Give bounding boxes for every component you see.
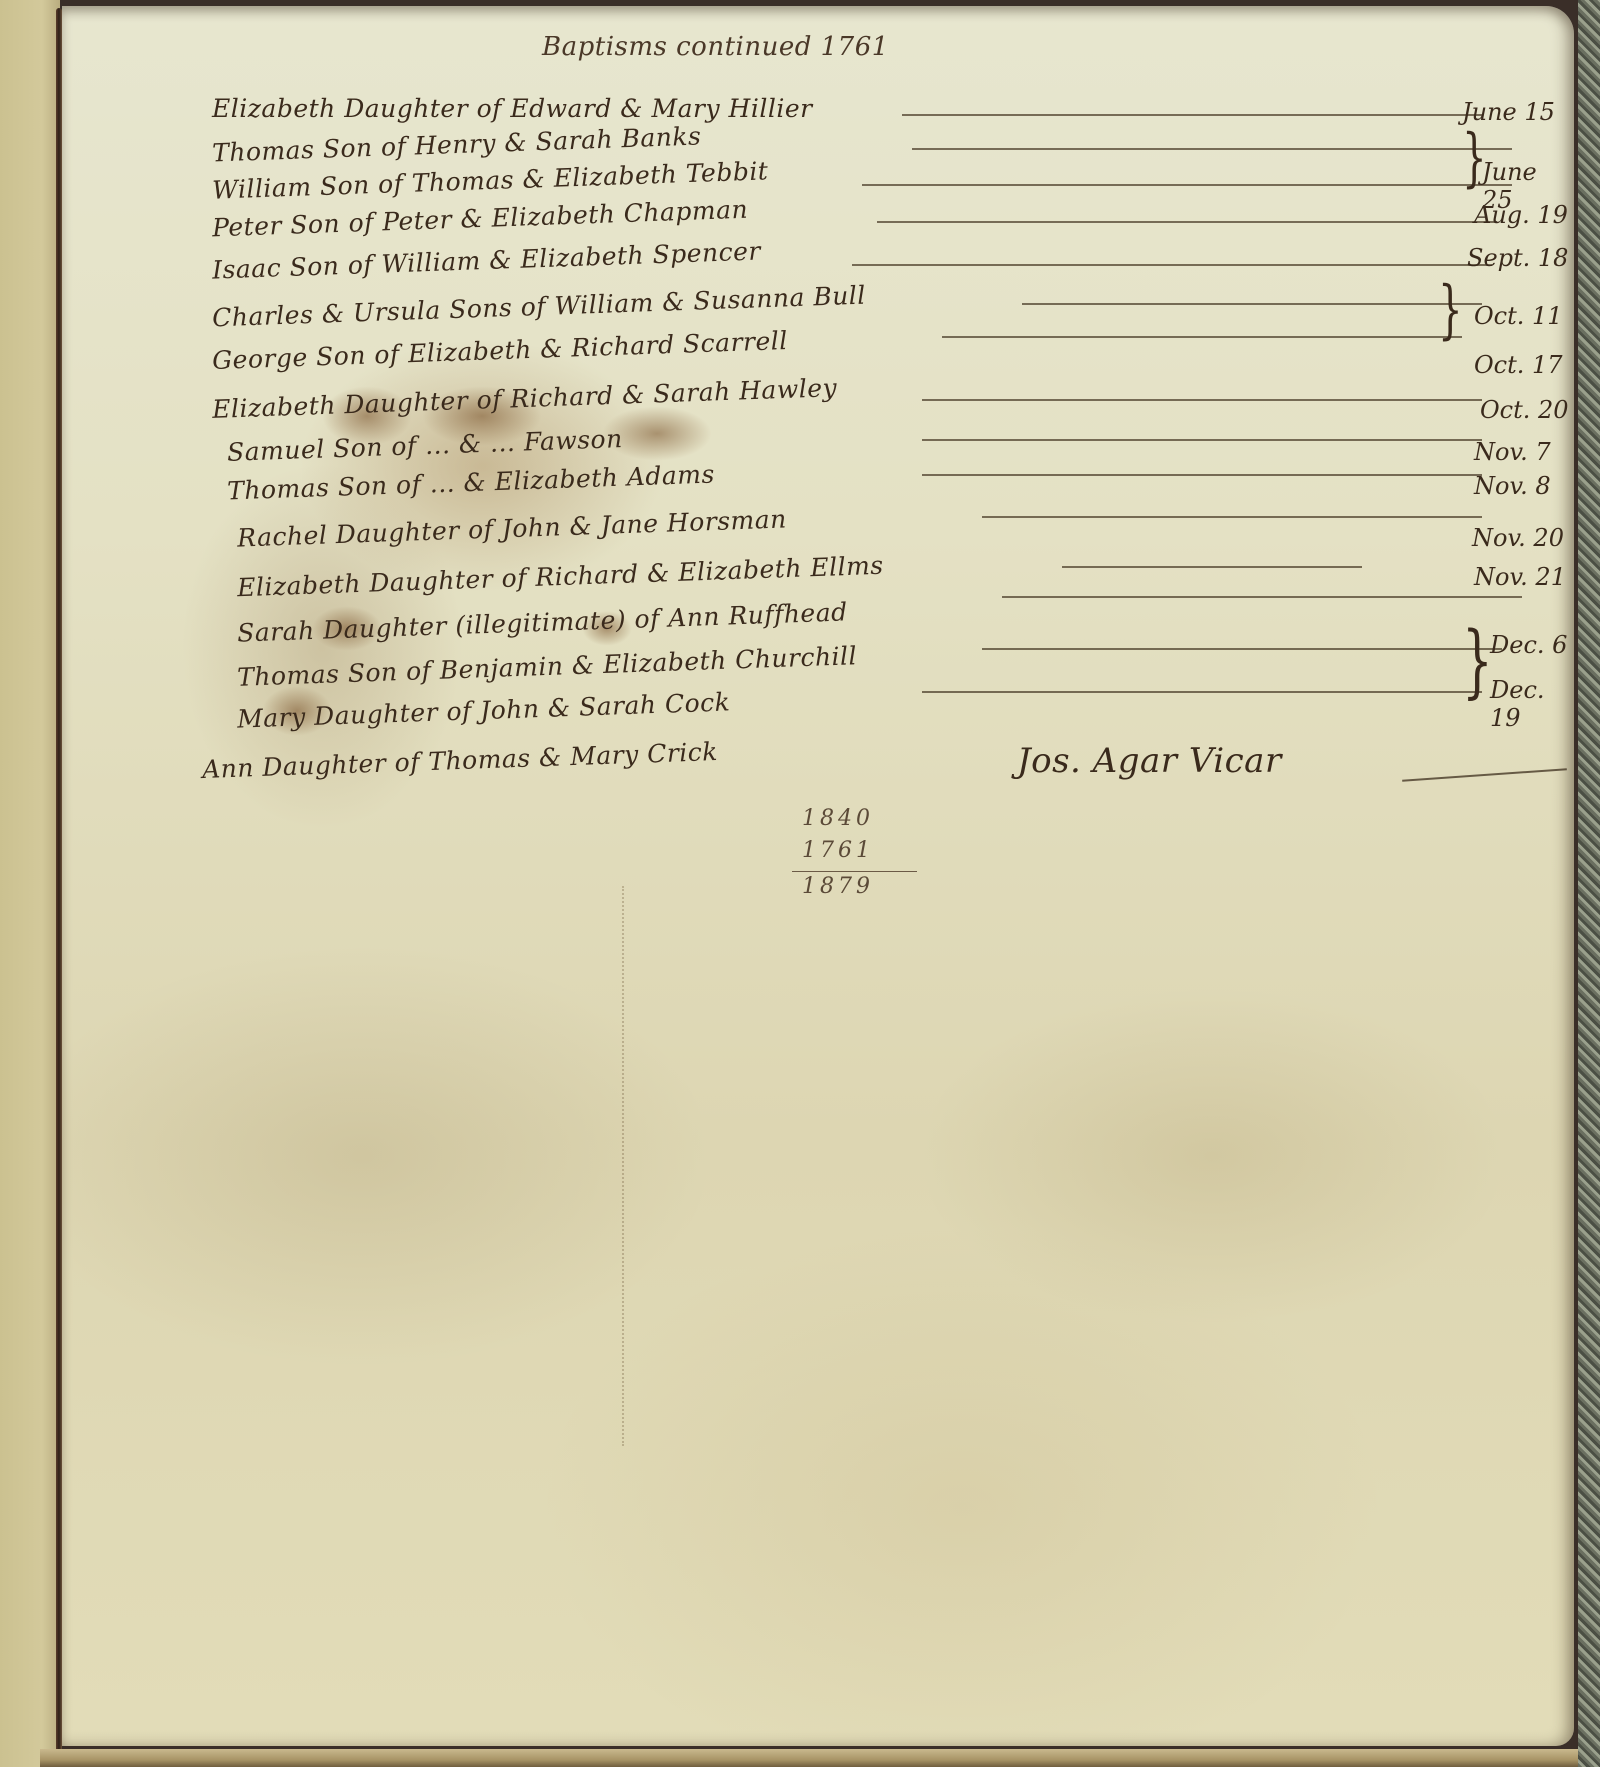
leader-line (1062, 566, 1362, 568)
leader-line (902, 114, 1482, 116)
calc-result: 1879 (802, 874, 874, 899)
register-entry: Rachel Daughter of John & Jane Horsman (237, 504, 788, 552)
cloth-binding (1578, 0, 1600, 1767)
vicar-signature: Jos. Agar Vicar (1017, 741, 1282, 781)
calc-rule (792, 871, 917, 872)
baptism-date: Oct. 11 (1474, 302, 1563, 330)
page-fold (622, 886, 624, 1446)
leader-line (912, 148, 1512, 150)
leader-line (922, 691, 1482, 693)
register-entry: Isaac Son of William & Elizabeth Spencer (212, 236, 762, 284)
baptism-date: Nov. 21 (1474, 563, 1566, 591)
baptism-date: Dec. 6 (1490, 631, 1567, 659)
baptism-date: Nov. 8 (1474, 472, 1551, 500)
leader-line (942, 336, 1462, 338)
leader-line (862, 184, 1512, 186)
baptism-date: Dec. 19 (1490, 676, 1574, 732)
register-entry: George Son of Elizabeth & Richard Scarre… (212, 326, 789, 375)
leader-line (1002, 596, 1522, 598)
calc-line-1: 1840 (802, 806, 874, 831)
register-entry: Thomas Son of ... & Elizabeth Adams (227, 459, 716, 505)
register-entry: Thomas Son of Benjamin & Elizabeth Churc… (237, 641, 858, 692)
register-entry: Elizabeth Daughter of Richard & Elizabet… (237, 551, 884, 603)
baptism-date: Oct. 20 (1480, 396, 1569, 424)
bracket-brace: } (1438, 278, 1462, 342)
register-entry: Sarah Daughter (illegitimate) of Ann Ruf… (237, 597, 848, 647)
bracket-brace: } (1462, 621, 1493, 701)
register-page: Baptisms continued 1761 Elizabeth Daught… (62, 6, 1574, 1746)
leader-line (982, 516, 1482, 518)
baptism-date: Nov. 20 (1472, 524, 1564, 552)
page-heading: Baptisms continued 1761 (542, 32, 889, 62)
register-entry: Ann Daughter of Thomas & Mary Crick (202, 737, 719, 784)
page-edges (40, 1749, 1578, 1767)
baptism-date: June 15 (1462, 98, 1555, 126)
calc-line-2: 1761 (802, 838, 874, 863)
leader-line (852, 264, 1492, 266)
leader-line (1022, 303, 1482, 305)
leader-line (982, 648, 1502, 650)
baptism-date: Nov. 7 (1474, 438, 1551, 466)
baptism-date: Aug. 19 (1474, 201, 1568, 229)
register-entry: Elizabeth Daughter of Edward & Mary Hill… (212, 94, 813, 123)
leader-line (922, 399, 1482, 401)
leader-line (922, 474, 1482, 476)
leader-line (922, 439, 1482, 441)
register-entry: Charles & Ursula Sons of William & Susan… (212, 281, 867, 333)
signature-flourish (1402, 768, 1567, 782)
scanned-register: Baptisms continued 1761 Elizabeth Daught… (0, 0, 1600, 1767)
baptism-date: Sept. 18 (1467, 244, 1568, 272)
facing-page-edge (0, 0, 60, 1767)
register-entry: Samuel Son of ... & ... Fawson (227, 424, 624, 467)
baptism-date: Oct. 17 (1474, 351, 1563, 379)
leader-line (877, 221, 1497, 223)
